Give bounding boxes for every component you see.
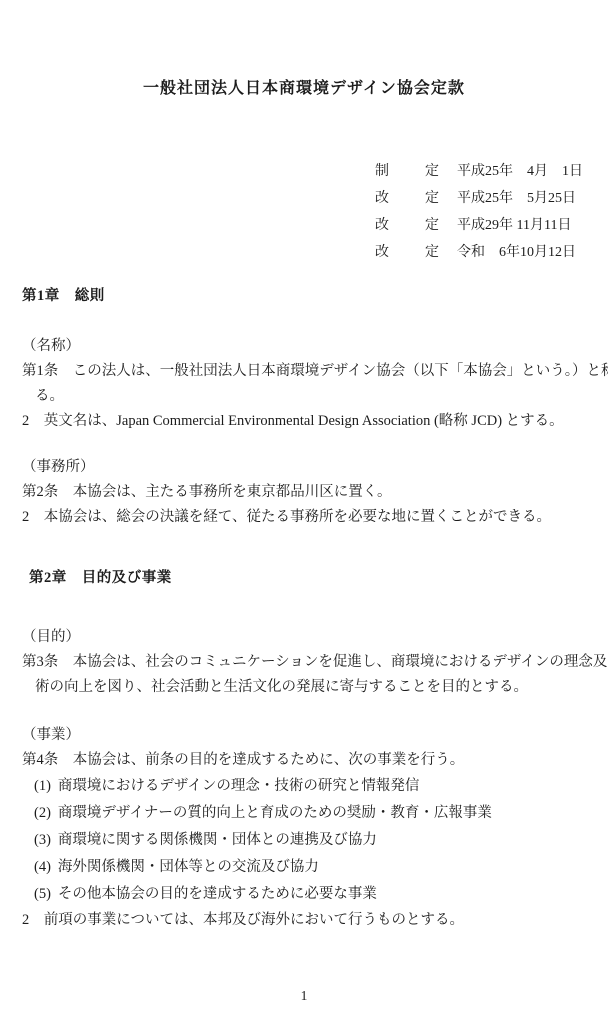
- revision-row: 改 定 平成29年 11月11日: [375, 212, 608, 239]
- item-number: (1): [34, 773, 51, 800]
- item-number: (4): [34, 854, 51, 881]
- document-body: 第1章 総則 （名称） 第1条 この法人は、一般社団法人日本商環境デザイン協会（…: [22, 286, 594, 933]
- article-1-line-1: 第1条 この法人は、一般社団法人日本商環境デザイン協会（以下「本協会」という。）…: [22, 359, 594, 384]
- revision-date: 平成29年 11月11日: [457, 212, 571, 239]
- section-caption-name: （名称）: [22, 334, 594, 359]
- revision-history: 制 定 平成25年 4月 1日 改 定 平成25年 5月25日 改 定 平成29…: [375, 158, 608, 266]
- item-text: その他本協会の目的を達成するために必要な事業: [58, 881, 377, 908]
- revision-row: 制 定 平成25年 4月 1日: [375, 158, 608, 185]
- chapter-2-heading: 第2章 目的及び事業: [29, 568, 594, 588]
- page-number: 1: [0, 988, 608, 1004]
- article-1-paragraph-2: 2 英文名は、Japan Commercial Environmental De…: [22, 409, 594, 434]
- item-text: 商環境デザイナーの質的向上と育成のための奨励・教育・広報事業: [58, 800, 492, 827]
- article-4-paragraph-1: 第4条 本協会は、前条の目的を達成するために、次の事業を行う。: [22, 748, 594, 773]
- article-2-paragraph-2: 2 本協会は、総会の決議を経て、従たる事務所を必要な地に置くことができる。: [22, 505, 594, 530]
- document-page: 一般社団法人日本商環境デザイン協会定款 制 定 平成25年 4月 1日 改 定 …: [0, 0, 608, 1024]
- section-caption-business: （事業）: [22, 723, 594, 748]
- section-caption-office: （事務所）: [22, 455, 594, 480]
- chapter-1-heading: 第1章 総則: [22, 286, 594, 306]
- item-number: (3): [34, 827, 51, 854]
- item-text: 海外関係機関・団体等との交流及び協力: [58, 854, 319, 881]
- list-item: (2) 商環境デザイナーの質的向上と育成のための奨励・教育・広報事業: [22, 800, 594, 827]
- revision-date: 平成25年 5月25日: [457, 185, 576, 212]
- revision-action: 改: [375, 185, 425, 212]
- revision-row: 改 定 平成25年 5月25日: [375, 185, 608, 212]
- revision-verb: 定: [425, 185, 457, 212]
- article-4-paragraph-2: 2 前項の事業については、本邦及び海外において行うものとする。: [22, 908, 594, 933]
- document-title: 一般社団法人日本商環境デザイン協会定款: [0, 0, 608, 100]
- item-number: (2): [34, 800, 51, 827]
- article-2-paragraph-1: 第2条 本協会は、主たる事務所を東京都品川区に置く。: [22, 480, 594, 505]
- article-4-item-list: (1) 商環境におけるデザインの理念・技術の研究と情報発信 (2) 商環境デザイ…: [22, 773, 594, 908]
- revision-verb: 定: [425, 239, 457, 266]
- revision-action: 制: [375, 158, 425, 185]
- item-text: 商環境におけるデザインの理念・技術の研究と情報発信: [58, 773, 419, 800]
- revision-action: 改: [375, 239, 425, 266]
- list-item: (4) 海外関係機関・団体等との交流及び協力: [22, 854, 594, 881]
- article-3-line-1: 第3条 本協会は、社会のコミュニケーションを促進し、商環境におけるデザインの理念…: [22, 650, 594, 675]
- article-1-line-2: る。: [22, 384, 594, 409]
- revision-verb: 定: [425, 212, 457, 239]
- list-item: (1) 商環境におけるデザインの理念・技術の研究と情報発信: [22, 773, 594, 800]
- revision-row: 改 定 令和 6年10月12日: [375, 239, 608, 266]
- item-text: 商環境に関する関係機関・団体との連携及び協力: [58, 827, 377, 854]
- list-item: (5) その他本協会の目的を達成するために必要な事業: [22, 881, 594, 908]
- revision-date: 令和 6年10月12日: [457, 239, 576, 266]
- item-number: (5): [34, 881, 51, 908]
- section-caption-purpose: （目的）: [22, 625, 594, 650]
- revision-verb: 定: [425, 158, 457, 185]
- list-item: (3) 商環境に関する関係機関・団体との連携及び協力: [22, 827, 594, 854]
- article-3-line-2: 術の向上を図り、社会活動と生活文化の発展に寄与することを目的とする。: [22, 675, 594, 700]
- revision-action: 改: [375, 212, 425, 239]
- revision-date: 平成25年 4月 1日: [457, 158, 583, 185]
